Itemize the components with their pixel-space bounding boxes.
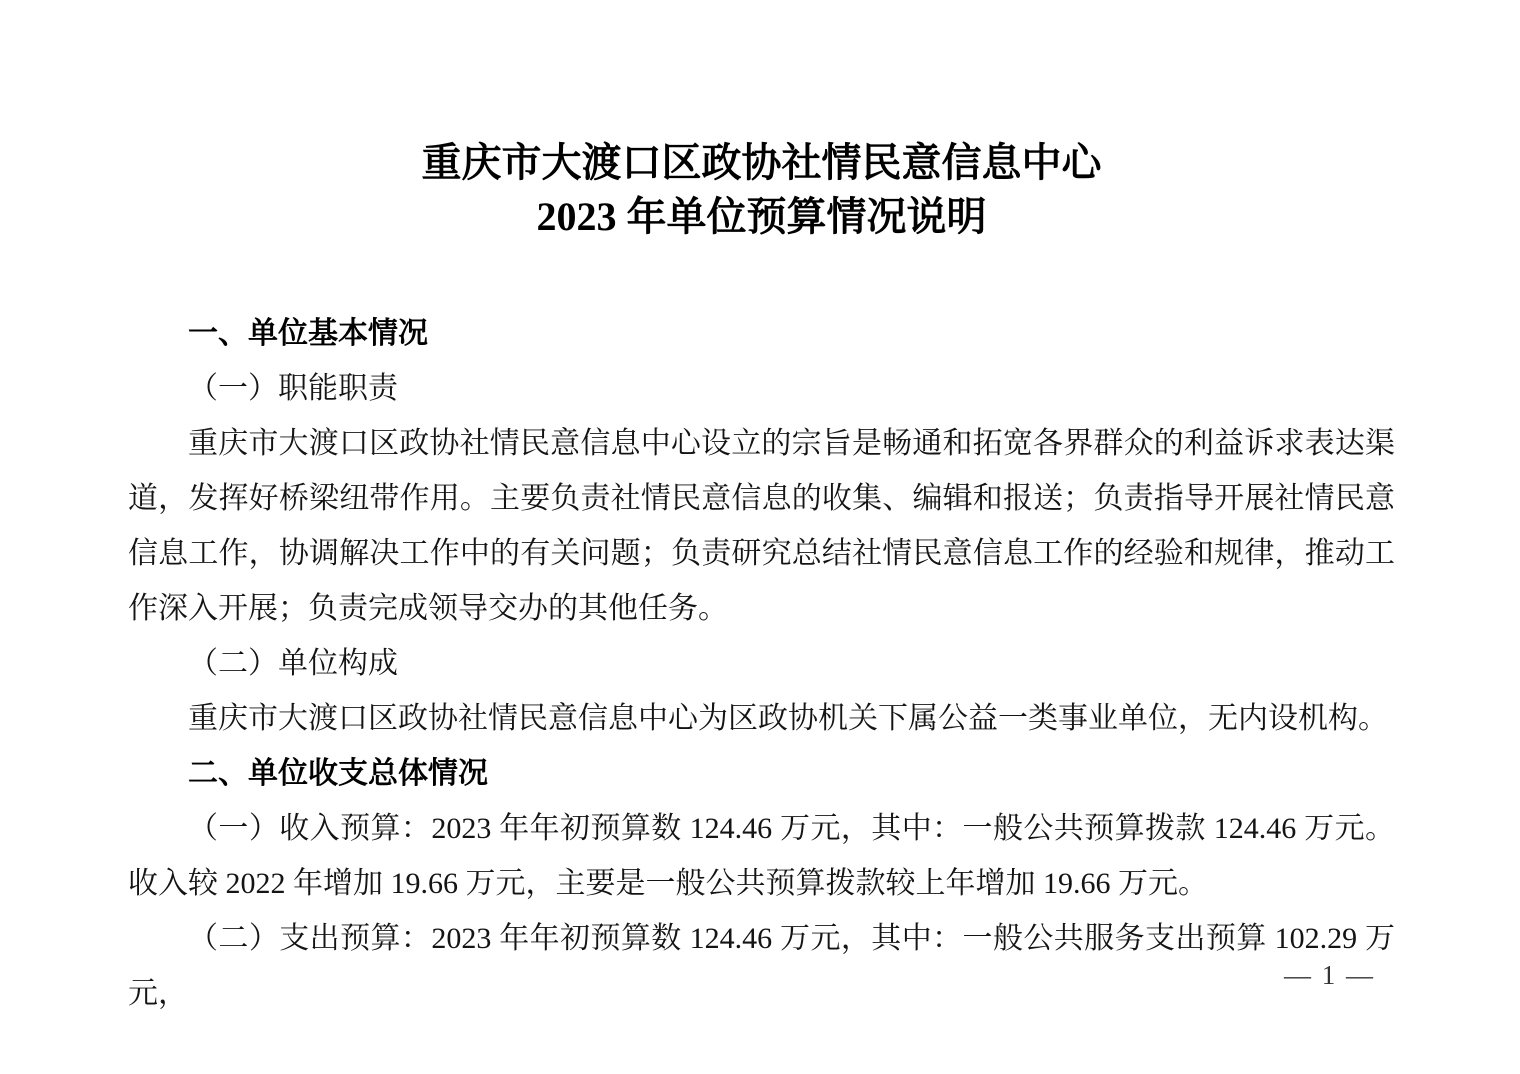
title-line-1: 重庆市大渡口区政协社情民意信息中心 <box>128 136 1395 190</box>
document-title: 重庆市大渡口区政协社情民意信息中心 2023 年单位预算情况说明 <box>128 136 1395 244</box>
paragraph-revenue-budget: （一）收入预算：2023 年年初预算数 124.46 万元，其中：一般公共预算拨… <box>128 801 1395 911</box>
subheading-unit-composition: （二）单位构成 <box>128 636 1395 691</box>
title-line-2: 2023 年单位预算情况说明 <box>128 190 1395 244</box>
document-page: 重庆市大渡口区政协社情民意信息中心 2023 年单位预算情况说明 一、单位基本情… <box>0 0 1520 1074</box>
paragraph-duties: 重庆市大渡口区政协社情民意信息中心设立的宗旨是畅通和拓宽各界群众的利益诉求表达渠… <box>128 416 1395 636</box>
paragraph-expenditure-budget: （二）支出预算：2023 年年初预算数 124.46 万元，其中：一般公共服务支… <box>128 911 1395 1021</box>
paragraph-unit-composition: 重庆市大渡口区政协社情民意信息中心为区政协机关下属公益一类事业单位，无内设机构。 <box>128 691 1395 746</box>
section-heading-revenue-expenditure: 二、单位收支总体情况 <box>128 746 1395 801</box>
section-heading-basic-info: 一、单位基本情况 <box>128 306 1395 361</box>
document-body: 一、单位基本情况 （一）职能职责 重庆市大渡口区政协社情民意信息中心设立的宗旨是… <box>128 306 1395 1021</box>
page-number: — 1 — <box>1284 960 1375 991</box>
subheading-duties: （一）职能职责 <box>128 361 1395 416</box>
